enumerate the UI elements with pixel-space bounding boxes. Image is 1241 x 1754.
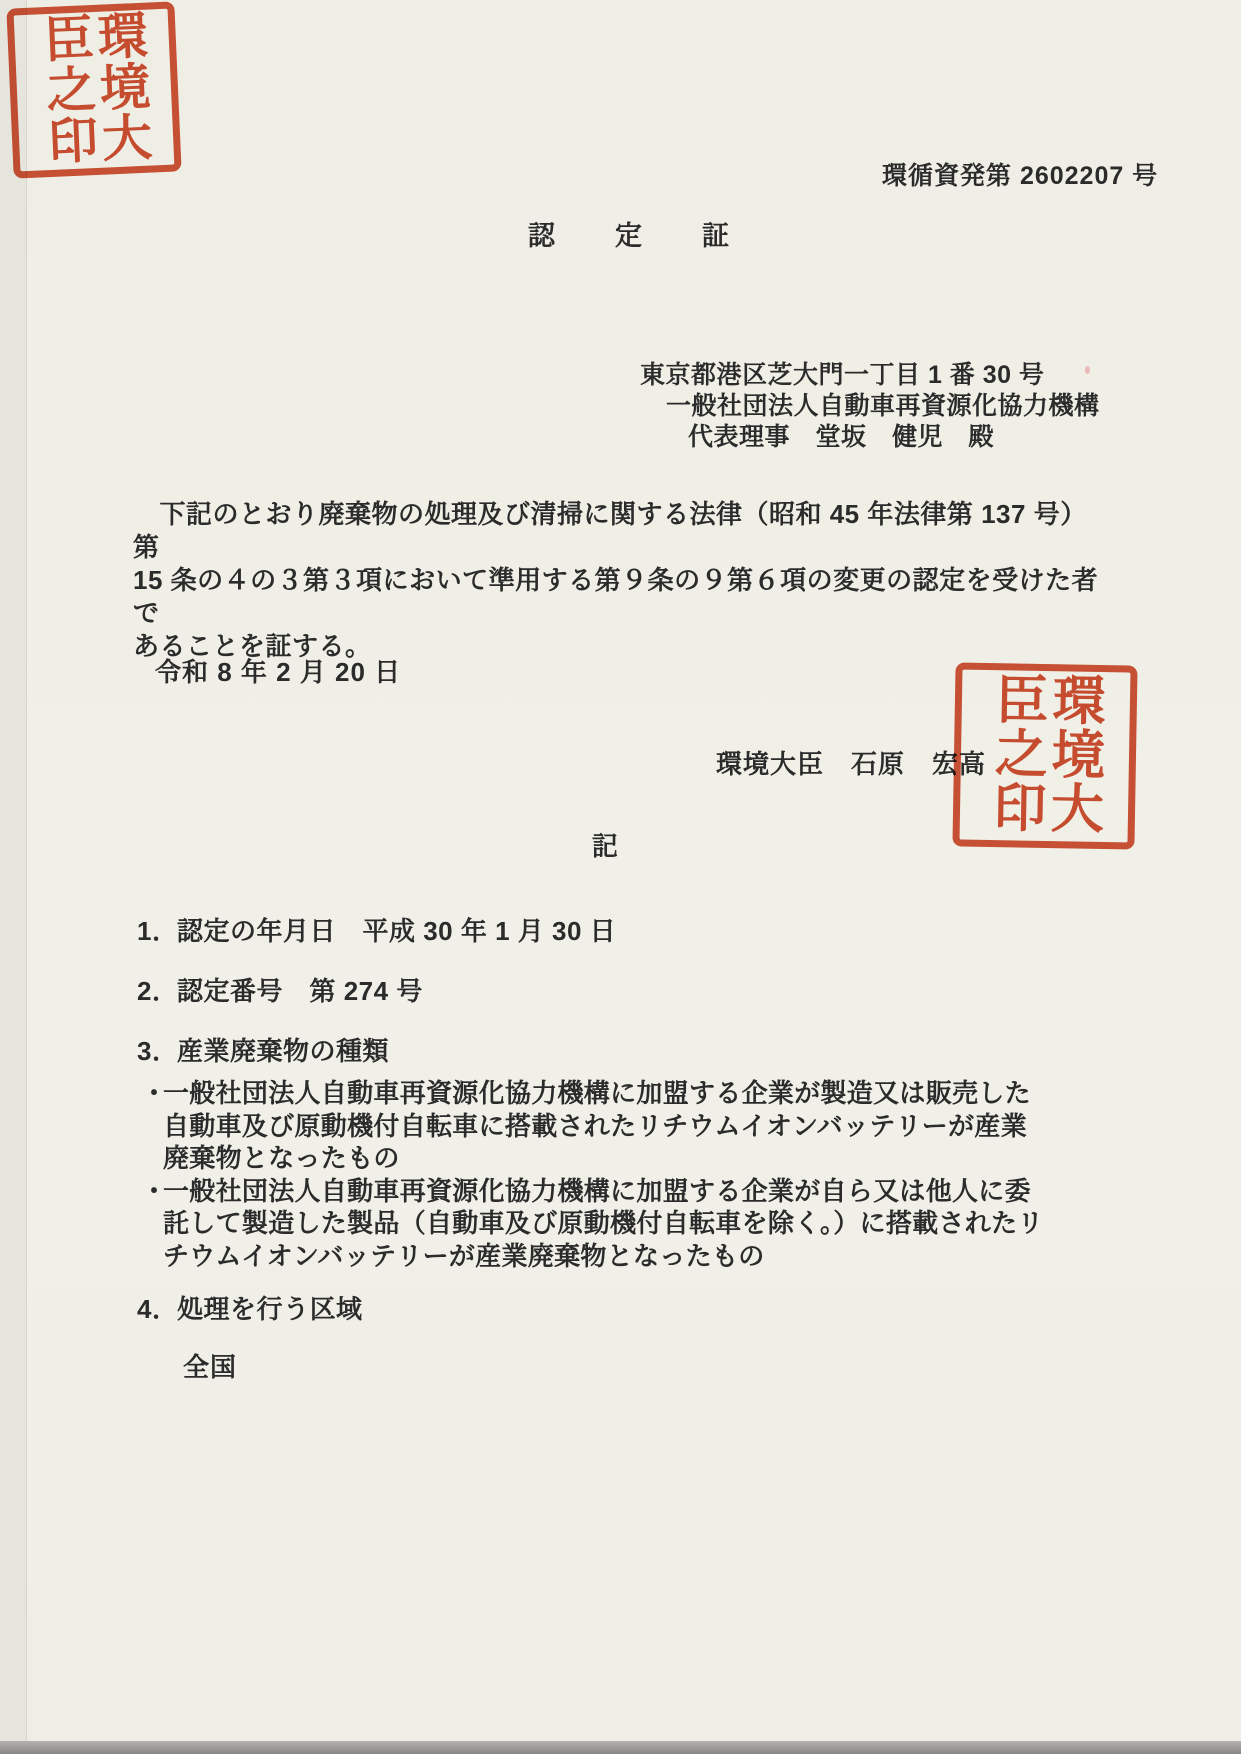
certification-statement: 下記のとおり廃棄物の処理及び清掃に関する法律（昭和 45 年法律第 137 号）… — [133, 498, 1113, 663]
bullet-marker: ・ — [141, 1175, 163, 1273]
issue-date: 令和 8 年 2 月 20 日 — [155, 652, 401, 689]
waste-type-entry: ・ 一般社団法人自動車再資源化協力機構に加盟する企業が製造又は販売した自動車及び… — [141, 1077, 1053, 1175]
section-marker: 記 — [0, 826, 1210, 863]
certificate-title: 認 定 証 — [528, 214, 731, 253]
list-item-certification-date: 1． 認定の年月日 平成 30 年 1 月 30 日 — [137, 911, 616, 948]
waste-type-list: ・ 一般社団法人自動車再資源化協力機構に加盟する企業が製造又は販売した自動車及び… — [141, 1077, 1053, 1272]
list-item-waste-type: 3． 産業廃棄物の種類 — [137, 1031, 389, 1068]
bottom-scan-edge — [0, 1741, 1241, 1754]
document-number: 環循資発第 2602207 号 — [882, 156, 1158, 192]
item-label: 認定番号 第 274 号 — [177, 971, 423, 1008]
waste-type-entry: ・ 一般社団法人自動車再資源化協力機構に加盟する企業が自ら又は他人に委託して製造… — [141, 1175, 1053, 1273]
corner-red-seal: 環境大臣之印 — [6, 1, 181, 178]
minister-red-seal: 環境大臣之印 — [952, 662, 1137, 849]
item-number: 2． — [137, 971, 177, 1008]
list-item-certification-number: 2． 認定番号 第 274 号 — [137, 971, 423, 1008]
waste-type-text: 一般社団法人自動車再資源化協力機構に加盟する企業が製造又は販売した自動車及び原動… — [163, 1077, 1053, 1175]
minister-signature: 環境大臣 石原 宏高 — [716, 744, 986, 781]
bullet-marker: ・ — [141, 1077, 163, 1175]
item-label: 認定の年月日 平成 30 年 1 月 30 日 — [177, 911, 616, 948]
item-number: 1． — [137, 911, 177, 948]
recipient-address: 東京都港区芝大門一丁目 1 番 30 号 — [640, 360, 1100, 391]
item-number: 4． — [137, 1289, 177, 1326]
recipient-block: 東京都港区芝大門一丁目 1 番 30 号 一般社団法人自動車再資源化協力機構 代… — [640, 360, 1100, 453]
item-label: 処理を行う区域 — [177, 1289, 363, 1326]
treatment-area-value: 全国 — [183, 1347, 237, 1384]
corner-seal-text: 環境大臣之印 — [37, 9, 152, 172]
scan-artifact — [1085, 366, 1090, 374]
left-scan-edge — [0, 0, 27, 1754]
list-item-treatment-area: 4． 処理を行う区域 — [137, 1289, 363, 1326]
item-number: 3． — [137, 1031, 177, 1068]
certificate-page: 環境大臣之印 環循資発第 2602207 号 認 定 証 東京都港区芝大門一丁目… — [0, 0, 1241, 1754]
recipient-organization: 一般社団法人自動車再資源化協力機構 — [640, 391, 1100, 422]
recipient-representative: 代表理事 堂坂 健児 殿 — [640, 422, 1100, 453]
minister-seal-text: 環境大臣之印 — [986, 671, 1103, 841]
waste-type-text: 一般社団法人自動車再資源化協力機構に加盟する企業が自ら又は他人に委託して製造した… — [163, 1175, 1053, 1273]
item-label: 産業廃棄物の種類 — [177, 1031, 389, 1068]
